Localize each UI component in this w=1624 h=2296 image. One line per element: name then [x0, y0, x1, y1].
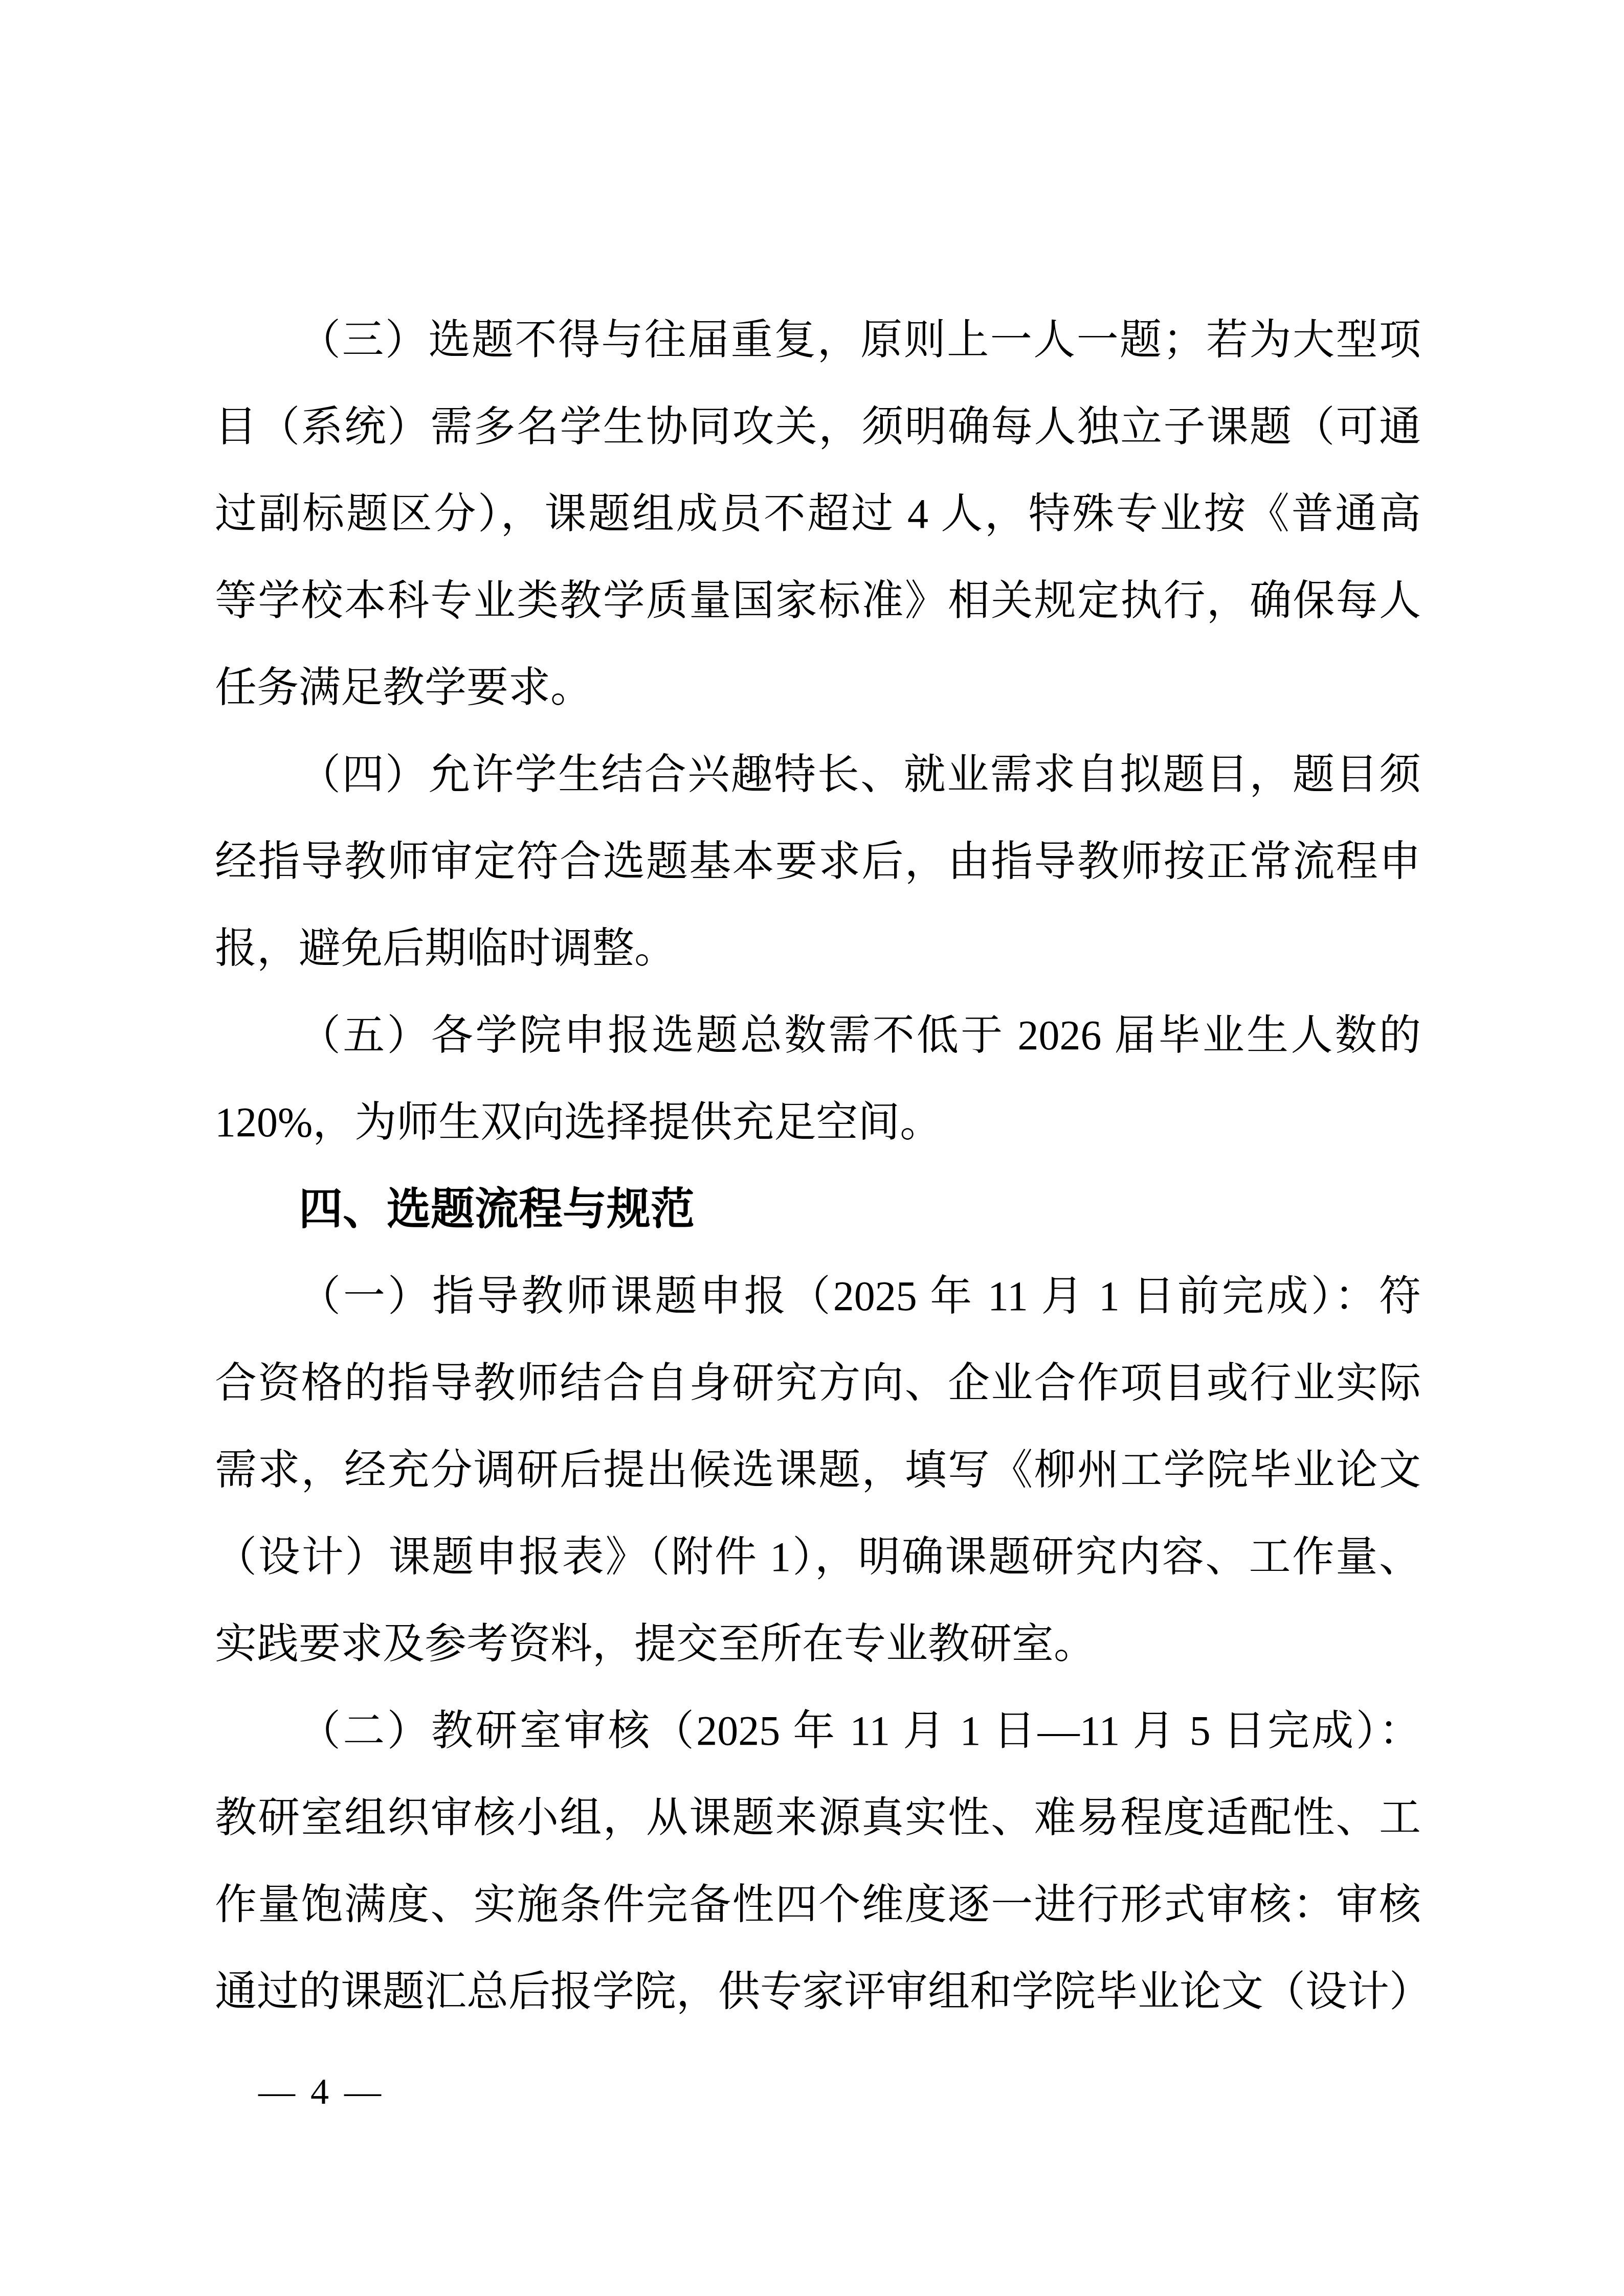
doc-line: 教研室组织审核小组，从课题来源真实性、难易程度适配性、工 [215, 1774, 1421, 1861]
doc-line: 120%，为师生双向选择提供充足空间。 [215, 1079, 1421, 1166]
doc-line: 目（系统）需多名学生协同攻关，须明确每人独立子课题（可通 [215, 384, 1421, 470]
doc-line: 通过的课题汇总后报学院，供专家评审组和学院毕业论文（设计） [215, 1948, 1421, 2035]
doc-line: 合资格的指导教师结合自身研究方向、企业合作项目或行业实际 [215, 1340, 1421, 1427]
page-number: — 4 — [258, 2067, 384, 2116]
section-heading: 四、选题流程与规范 [215, 1166, 1421, 1253]
doc-line: （设计）课题申报表》（附件 1），明确课题研究内容、工作量、 [215, 1514, 1421, 1601]
doc-line: 等学校本科专业类教学质量国家标准》相关规定执行，确保每人 [215, 557, 1421, 644]
doc-line: （三）选题不得与往届重复，原则上一人一题；若为大型项 [215, 297, 1421, 384]
text-column: （三）选题不得与往届重复，原则上一人一题；若为大型项 目（系统）需多名学生协同攻… [215, 297, 1421, 2035]
doc-line: 实践要求及参考资料，提交至所在专业教研室。 [215, 1601, 1421, 1687]
doc-line: 需求，经充分调研后提出候选课题，填写《柳州工学院毕业论文 [215, 1427, 1421, 1514]
doc-line: 报，避免后期临时调整。 [215, 905, 1421, 992]
document-page: （三）选题不得与往届重复，原则上一人一题；若为大型项 目（系统）需多名学生协同攻… [0, 0, 1624, 2296]
doc-line: （四）允许学生结合兴趣特长、就业需求自拟题目，题目须 [215, 731, 1421, 818]
doc-line: （五）各学院申报选题总数需不低于 2026 届毕业生人数的 [215, 992, 1421, 1079]
doc-line: （二）教研室审核（2025 年 11 月 1 日—11 月 5 日完成）： [215, 1687, 1421, 1774]
doc-line: （一）指导教师课题申报（2025 年 11 月 1 日前完成）：符 [215, 1253, 1421, 1340]
doc-line: 任务满足教学要求。 [215, 644, 1421, 731]
doc-line: 过副标题区分），课题组成员不超过 4 人，特殊专业按《普通高 [215, 470, 1421, 557]
doc-line: 经指导教师审定符合选题基本要求后，由指导教师按正常流程申 [215, 818, 1421, 905]
doc-line: 作量饱满度、实施条件完备性四个维度逐一进行形式审核：审核 [215, 1861, 1421, 1948]
